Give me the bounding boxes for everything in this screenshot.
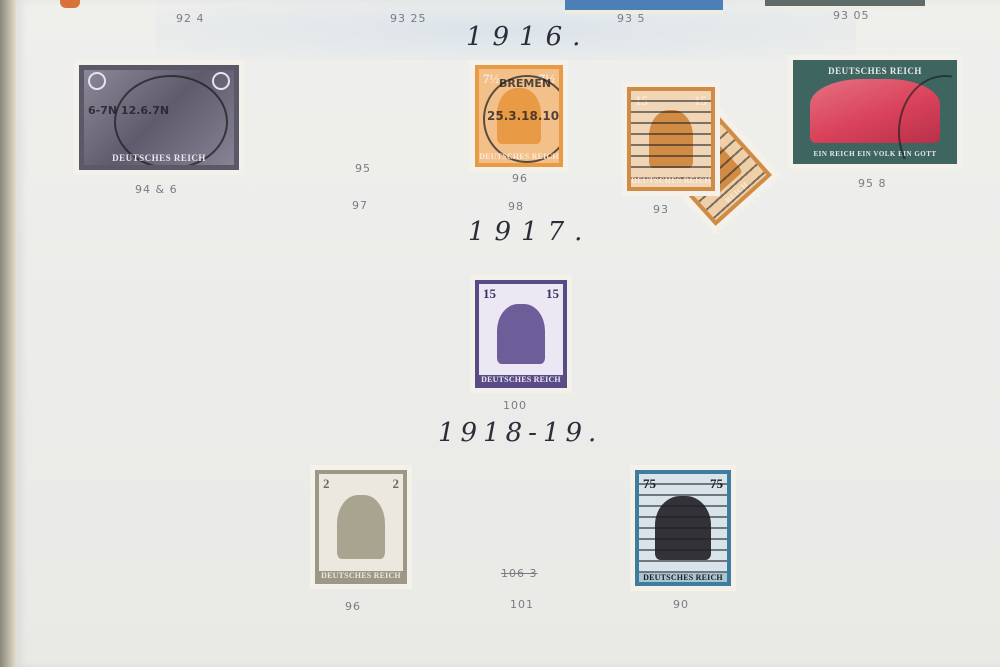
stamp-caption: DEUTSCHES REICH bbox=[639, 573, 727, 582]
stamp-germania-75-blue-black: 75 75 DEUTSCHES REICH bbox=[630, 465, 736, 591]
catalog-note-100: 100 bbox=[503, 399, 527, 412]
stamp-value-left: 7½ bbox=[483, 71, 499, 87]
postmark-text: 6-7N 12.6.7N bbox=[88, 104, 169, 117]
album-binding bbox=[0, 0, 14, 667]
catalog-note-93b: 93 5 bbox=[617, 12, 646, 25]
stamp-caption: DEUTSCHES REICH bbox=[798, 66, 952, 76]
catalog-note-93c: 93 05 bbox=[833, 9, 870, 22]
catalog-note-93a: 93 25 bbox=[390, 12, 427, 25]
stamp-caption: DEUTSCHES REICH bbox=[631, 176, 711, 185]
catalog-note-106: 106 3 bbox=[501, 567, 538, 580]
partial-stamp-top-right bbox=[765, 0, 925, 9]
stamp-germania-15-violet: 15 15 DEUTSCHES REICH bbox=[470, 275, 572, 393]
catalog-note-101: 101 bbox=[510, 598, 534, 611]
catalog-note-90: 90 bbox=[673, 598, 689, 611]
stamp-caption: DEUTSCHES REICH bbox=[479, 375, 563, 384]
stamp-caption: DEUTSCHES REICH bbox=[84, 153, 234, 163]
catalog-note-96a: 96 bbox=[512, 172, 528, 185]
partial-stamp-top-left bbox=[60, 0, 80, 8]
catalog-note-98: 98 bbox=[508, 200, 524, 213]
catalog-note-97: 97 bbox=[352, 199, 368, 212]
stamp-value-right: 15 bbox=[546, 286, 559, 302]
postmark-city: BREMEN bbox=[499, 77, 551, 90]
stamp-germania-2-olive: 2 2 DEUTSCHES REICH bbox=[310, 465, 412, 589]
catalog-note-96b: 96 bbox=[345, 600, 361, 613]
postmark-date: 25.3.18.10 bbox=[487, 109, 559, 123]
stamp-value-left: 15 bbox=[483, 286, 496, 302]
stamp-reichspost-dark: 6-7N 12.6.7N DEUTSCHES REICH bbox=[74, 60, 244, 175]
stamp-germania-7half-orange: 7½ 7½ BREMEN 25.3.18.10 DEUTSCHES REICH bbox=[470, 60, 568, 172]
catalog-note-92: 92 4 bbox=[176, 12, 205, 25]
stamp-caption: DEUTSCHES REICH bbox=[319, 571, 403, 580]
catalog-note-95: 95 bbox=[355, 162, 371, 175]
stamp-germania-15-brown: 15 15 DEUTSCHES REICH bbox=[622, 82, 720, 196]
year-heading-1918-19: 1918-19. bbox=[438, 418, 602, 448]
stamp-value-left: 2 bbox=[323, 476, 330, 492]
stamp-value-right: 2 bbox=[393, 476, 400, 492]
catalog-note-95b: 95 8 bbox=[858, 177, 887, 190]
stamp-caption: DEUTSCHES REICH bbox=[479, 152, 559, 161]
year-heading-1917: 1917. bbox=[468, 217, 592, 247]
stamp-five-mark: DEUTSCHES REICH EIN REICH EIN VOLK EIN G… bbox=[788, 55, 962, 169]
catalog-note-93d: 93 bbox=[653, 203, 669, 216]
catalog-note-94: 94 & 6 bbox=[135, 183, 178, 196]
year-heading-1916: 1916. bbox=[466, 22, 590, 52]
